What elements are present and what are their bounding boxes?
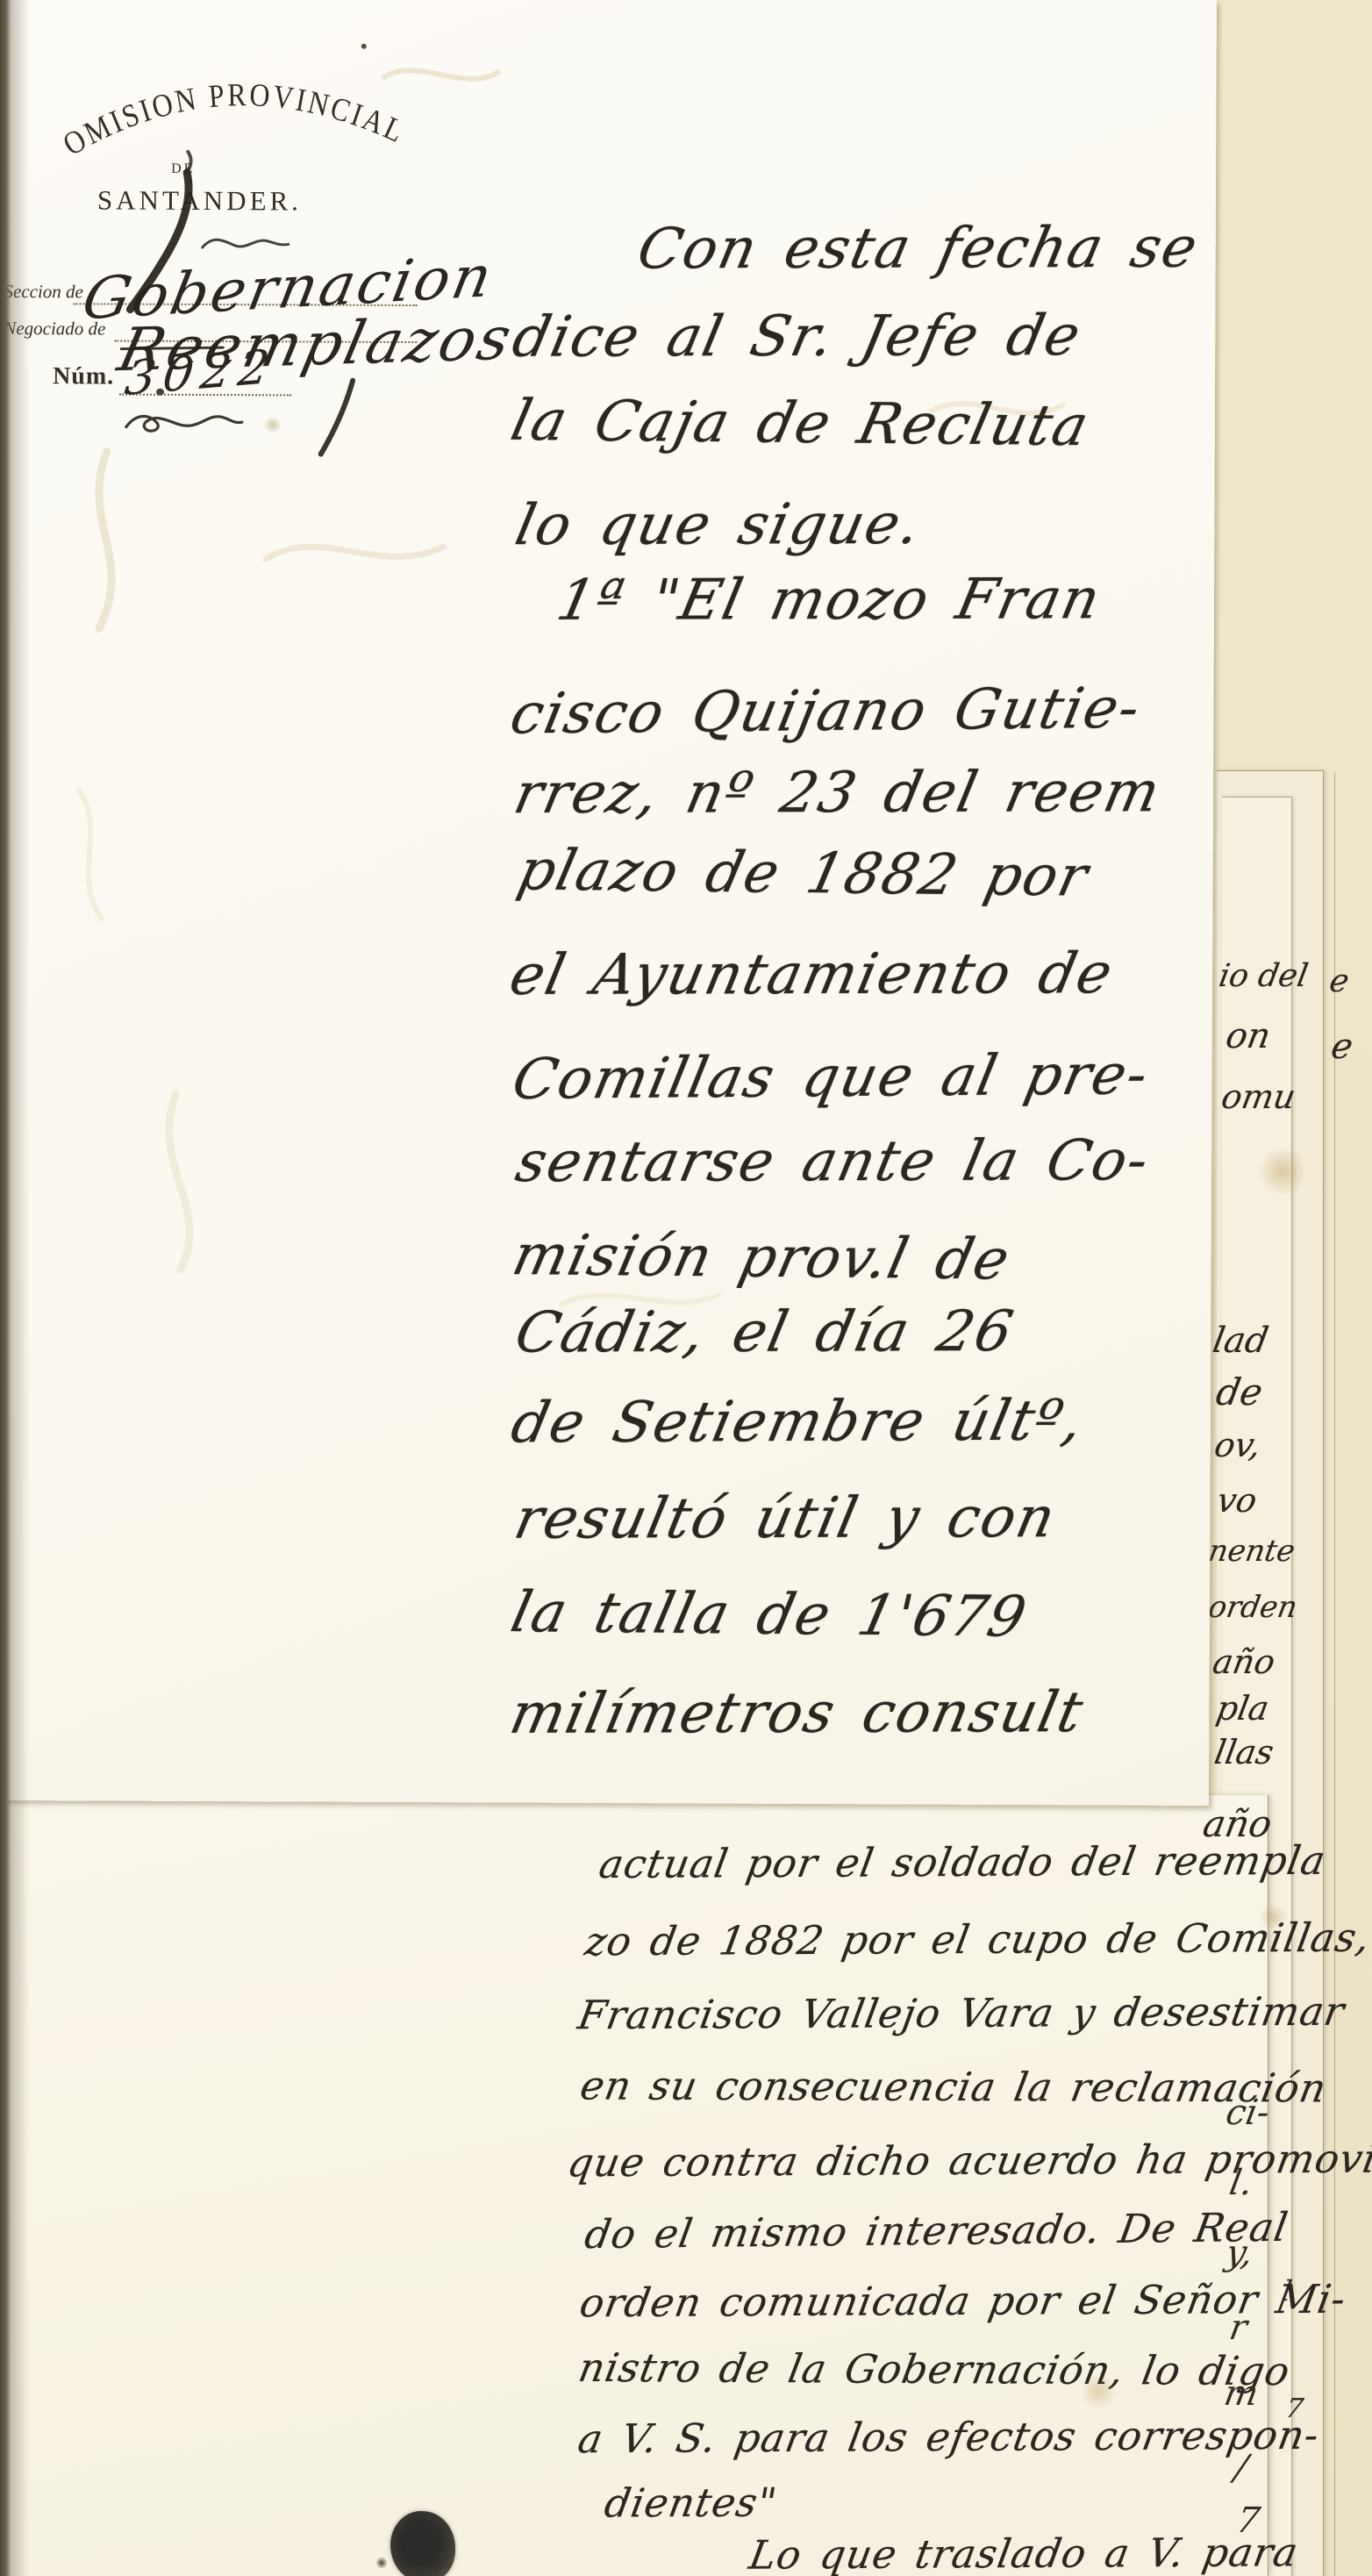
handwriting-line: de Setiembre últº, xyxy=(507,1393,1090,1452)
edge-text-fragment: ov, xyxy=(1211,1426,1264,1464)
edge-text-fragment: e xyxy=(1326,963,1352,999)
handwriting-line: en su consecuencia la reclamación xyxy=(577,2066,1330,2108)
edge-text-fragment: de xyxy=(1213,1370,1266,1413)
handwriting-line: el Ayuntamiento de xyxy=(505,946,1118,1004)
edge-text-fragment: año xyxy=(1210,1642,1278,1681)
handwriting-line: zo de 1882 por el cupo de Comillas, xyxy=(582,1918,1372,1962)
document-scan: io del e on e omu lad de ov, vo nente or… xyxy=(0,0,1372,2576)
handwriting-line: la Caja de Recluta xyxy=(506,393,1095,454)
handwriting-line: nistro de la Gobernación, lo digo xyxy=(575,2348,1293,2391)
edge-text-fragment: vo xyxy=(1214,1481,1260,1520)
handwriting-line: do el mismo interesado. De Real xyxy=(582,2207,1291,2254)
handwriting-line: a V. S. para los efectos correspon- xyxy=(575,2415,1323,2458)
edge-text-fragment: omu xyxy=(1218,1077,1298,1116)
pen-flourish xyxy=(4,0,497,488)
handwriting-line: cisco Quijano Gutie- xyxy=(506,681,1146,743)
edge-text-fragment: pla xyxy=(1213,1689,1272,1728)
handwriting-line: Lo que traslado a V. para xyxy=(747,2532,1302,2574)
handwriting-line: rrez, nº 23 del reem xyxy=(510,764,1166,822)
cut-line-mark: ci- xyxy=(1223,2093,1273,2133)
handwriting-line: resultó útil y con xyxy=(510,1490,1061,1548)
edge-text-fragment: io del xyxy=(1216,958,1311,994)
handwriting-line: 1ª "El mozo Fran xyxy=(553,571,1106,629)
edge-text-fragment: on xyxy=(1223,1016,1274,1056)
ink-blot xyxy=(390,2511,455,2576)
handwriting-line: plazo de 1882 por xyxy=(513,842,1094,905)
handwriting-line: lo que sigue. xyxy=(511,497,926,554)
handwriting-line: Cádiz, el día 26 xyxy=(511,1304,1018,1361)
handwriting-line: Comillas que al pre- xyxy=(508,1047,1154,1108)
handwriting-line: milímetros consult xyxy=(505,1685,1089,1742)
letter-page-2: año actual por el soldado del reempla zo… xyxy=(7,1795,1268,2576)
edge-text-fragment: llas xyxy=(1211,1733,1276,1771)
handwriting-line: actual por el soldado del reempla xyxy=(597,1841,1329,1884)
handwriting-line: la talla de 1'679 xyxy=(506,1585,1032,1646)
handwriting-line: dice al Sr. Jefe de xyxy=(508,308,1086,366)
cut-line-mark: m xyxy=(1221,2373,1261,2414)
handwriting-line: Con esta fecha se xyxy=(633,220,1204,278)
handwriting-line: sentarse ante la Co- xyxy=(511,1133,1154,1191)
edge-text-fragment: orden xyxy=(1205,1590,1300,1625)
handwriting-line: Francisco Vallejo Vara y desestimar xyxy=(575,1992,1348,2036)
edge-text-fragment: e xyxy=(1328,1027,1356,1067)
handwriting-line: misión prov.l de xyxy=(508,1227,1016,1288)
edge-text-fragment: nente xyxy=(1205,1534,1297,1569)
letter-page-1: OMISION PROVINCIAL DE SANTANDER. Seccion… xyxy=(0,0,1217,1806)
edge-text-fragment: lad xyxy=(1210,1320,1271,1361)
handwriting-line: dientes" xyxy=(602,2482,780,2522)
